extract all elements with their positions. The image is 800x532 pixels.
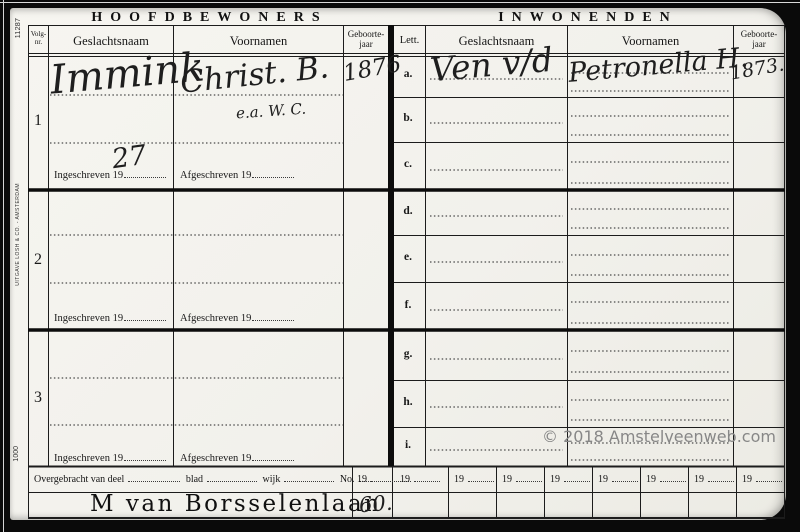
afgeschreven-label: Afgeschreven 19: [180, 313, 251, 324]
dotted-leader: [371, 472, 391, 482]
dotted-leader: [252, 168, 294, 178]
row-letter: d.: [394, 205, 422, 217]
ingeschreven-row: Ingeschreven 19: [54, 311, 166, 324]
year-cell: 19: [357, 472, 394, 485]
year-label: 19: [646, 474, 656, 485]
column-header-lett: Lett.: [394, 35, 425, 46]
volgnr-line1: Volg-: [31, 30, 46, 38]
street-name-stamp: M van Borsselenlaan: [90, 491, 350, 517]
dotted-leader: [756, 472, 782, 482]
afgeschreven-label: Afgeschreven 19: [180, 453, 251, 464]
handwritten-surname: Ven v/d: [429, 43, 554, 87]
inwonenden-title: INWONENDEN: [391, 10, 785, 26]
geboortejaar-line2: jaar: [344, 39, 388, 49]
year-label: 19: [502, 474, 512, 485]
ingeschreven-row: Ingeschreven 19: [54, 451, 166, 464]
scan-edge-highlight-top: [0, 2, 800, 3]
year-cell: 19: [742, 472, 785, 485]
dotted-leader: [207, 472, 257, 482]
year-cell: 19: [550, 472, 593, 485]
year-label: 19: [454, 474, 464, 485]
volgnr-line2: nr.: [29, 38, 48, 46]
dotted-leader: [660, 472, 686, 482]
ingeschreven-label: Ingeschreven 19: [54, 170, 123, 181]
dotted-leader: [564, 472, 590, 482]
year-label: 19: [550, 474, 560, 485]
year-label: 19: [742, 474, 752, 485]
column-header-geboortejaar-left: Geboorte- jaar: [344, 29, 388, 50]
wijk-label: wijk: [263, 474, 281, 485]
block-number: 2: [28, 251, 48, 269]
year-cell: 19: [646, 472, 689, 485]
dotted-leader: [128, 472, 180, 482]
ingeschreven-label: Ingeschreven 19: [54, 313, 123, 324]
copyright-watermark: © 2018 Amstelveenweb.com: [542, 427, 776, 446]
dotted-leader: [468, 472, 494, 482]
ingeschreven-row: Ingeschreven 19: [54, 168, 166, 181]
year-cell: 19: [598, 472, 641, 485]
population-register-card: 11287 UITGAVE LOSH & CO. - AMSTERDAM 100…: [10, 8, 786, 520]
afgeschreven-row: Afgeschreven 19: [180, 451, 294, 464]
column-header-volgnr: Volg- nr.: [29, 30, 48, 47]
row-letter: f.: [394, 299, 422, 311]
row-letter: h.: [394, 396, 422, 408]
column-header-geslachtsnaam-left: Geslachtsnaam: [49, 34, 173, 49]
year-cell: 19: [502, 472, 545, 485]
row-letter: a.: [394, 68, 422, 80]
ingeschreven-label: Ingeschreven 19: [54, 453, 123, 464]
row-letter: c.: [394, 158, 422, 170]
row-letter: b.: [394, 112, 422, 124]
dotted-leader: [124, 311, 166, 321]
serial-number: 11287: [13, 18, 22, 38]
year-label: 19: [400, 474, 410, 485]
dotted-leader: [124, 451, 166, 461]
scan-edge-highlight-left: [3, 0, 4, 532]
dotted-leader: [124, 168, 166, 178]
year-label: 19: [694, 474, 704, 485]
hoofdbewoners-title: HOOFDBEWONERS: [28, 10, 391, 26]
block-number: 3: [28, 389, 48, 407]
dotted-leader: [252, 311, 294, 321]
year-label: 19: [357, 474, 367, 485]
year-cell: 19: [454, 472, 497, 485]
year-label: 19: [598, 474, 608, 485]
print-run-number: 1000: [13, 446, 20, 462]
dotted-leader: [252, 451, 294, 461]
dotted-leader: [284, 472, 334, 482]
no-label: No.: [340, 474, 355, 485]
dotted-leader: [516, 472, 542, 482]
block-number: 1: [28, 112, 48, 130]
row-letter: g.: [394, 348, 422, 360]
afgeschreven-row: Afgeschreven 19: [180, 168, 294, 181]
dotted-leader: [414, 472, 440, 482]
publisher-imprint: UITGAVE LOSH & CO. - AMSTERDAM: [15, 183, 21, 286]
geboortejaar-line1: Geboorte-: [348, 29, 384, 39]
blad-label: blad: [186, 474, 203, 485]
handwritten-house-number: 60.: [358, 493, 393, 517]
row-letter: i.: [394, 439, 422, 451]
year-cell: 19: [694, 472, 737, 485]
year-cell: 19: [400, 472, 443, 485]
overgebracht-label: Overgebracht van deel: [34, 474, 124, 485]
dotted-leader: [612, 472, 638, 482]
geboortejaar-line1: Geboorte-: [741, 29, 777, 39]
afgeschreven-label: Afgeschreven 19: [180, 170, 251, 181]
dotted-leader: [708, 472, 734, 482]
afgeschreven-row: Afgeschreven 19: [180, 311, 294, 324]
row-letter: e.: [394, 251, 422, 263]
